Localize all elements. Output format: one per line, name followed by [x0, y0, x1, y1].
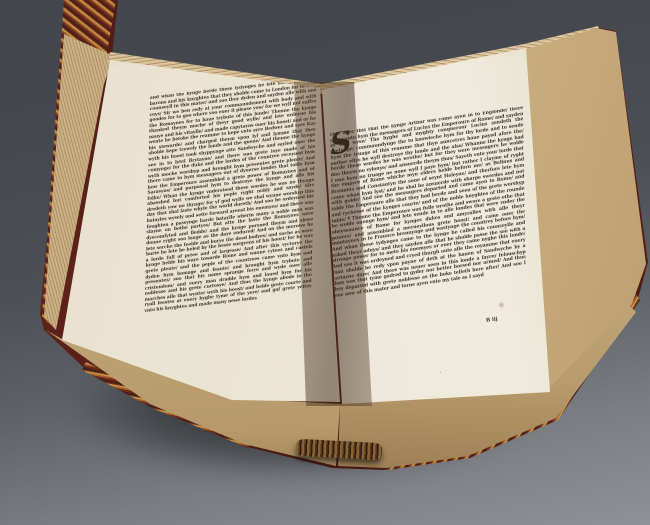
handwritten-folio-number: 91 [454, 35, 470, 51]
paper-specks [0, 0, 1, 1]
photo-of-open-book: and whan the kynge herde these tydynges … [0, 0, 650, 525]
left-page-text: and whan the kynge herde these tydynges … [144, 77, 317, 314]
left-page-text-block: and whan the kynge herde these tydynges … [143, 77, 317, 348]
foxing-stain [498, 302, 505, 308]
